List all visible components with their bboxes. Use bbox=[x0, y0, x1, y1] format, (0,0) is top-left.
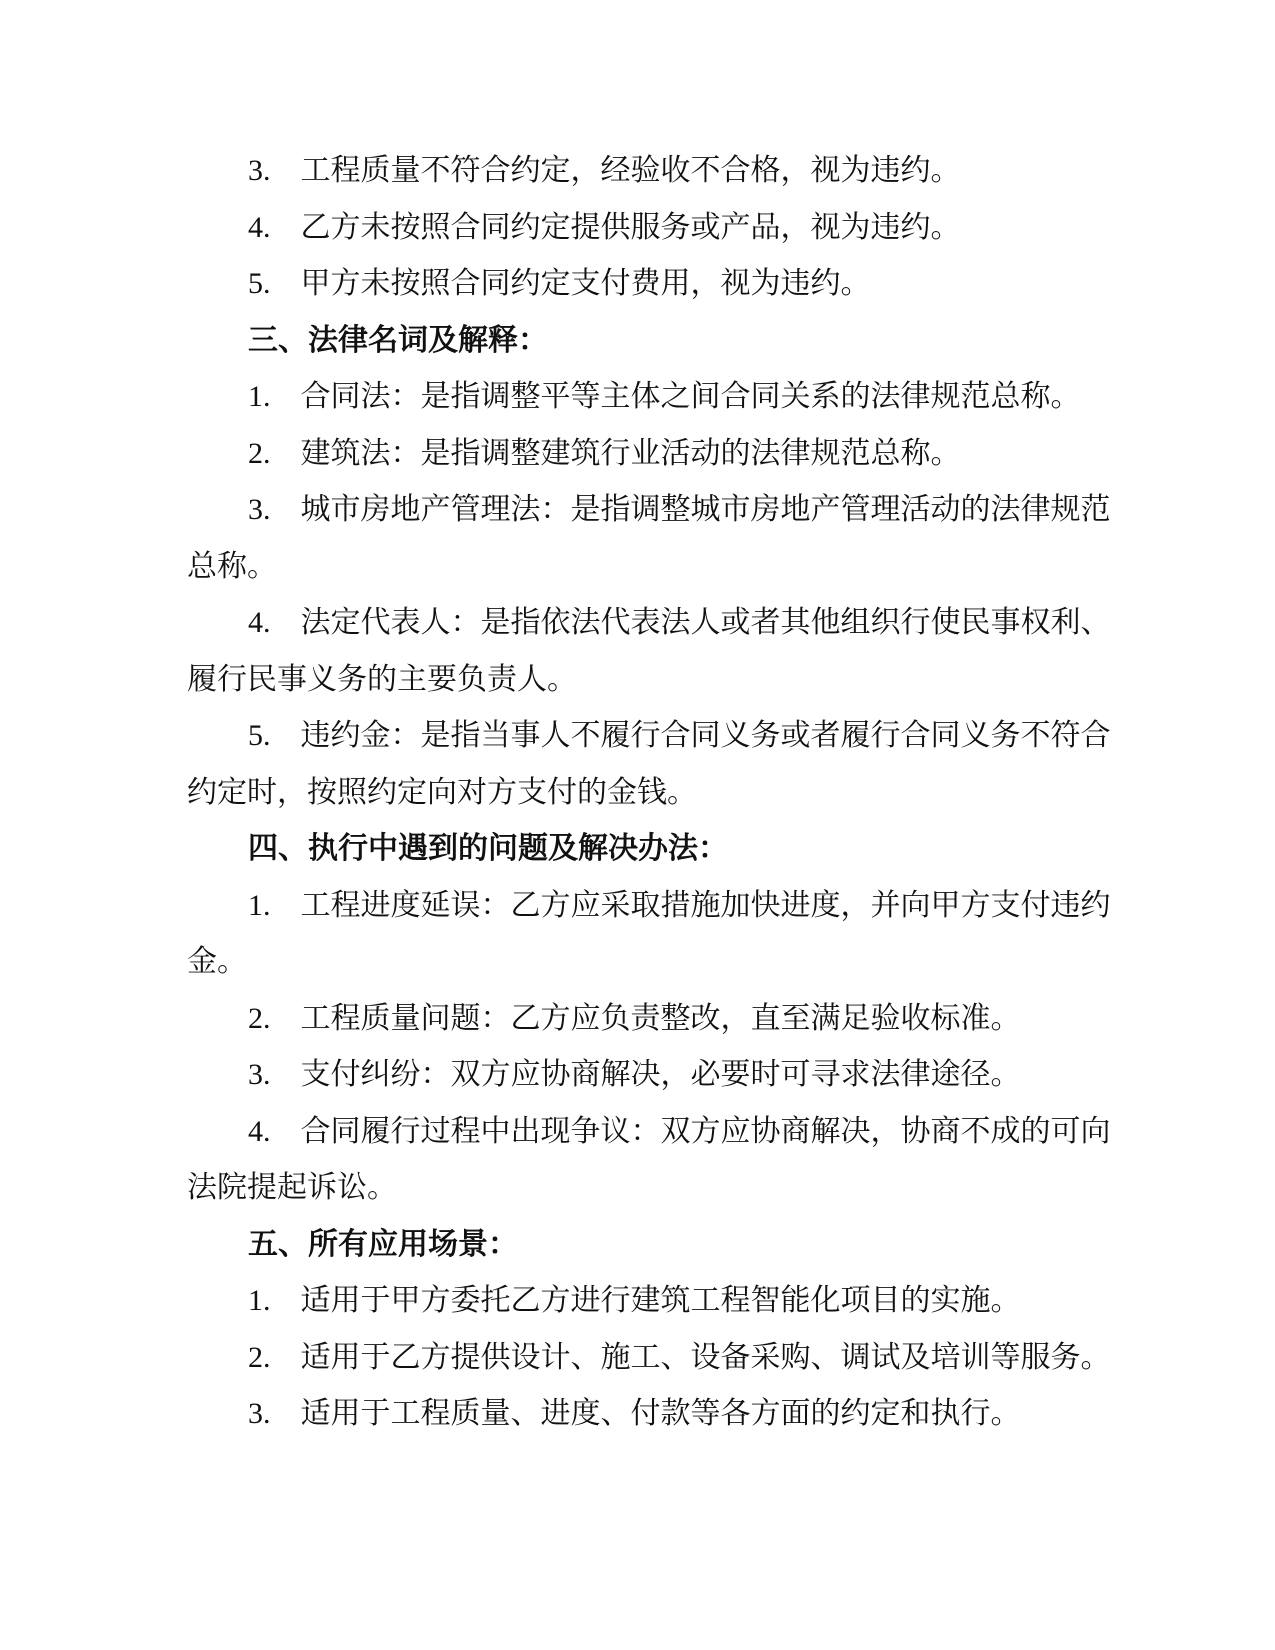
list-item: 2. 适用于乙方提供设计、施工、设备采购、调试及培训等服务。 bbox=[187, 1330, 1107, 1387]
list-item-continuation: 金。 bbox=[187, 934, 1107, 991]
list-item-continuation: 约定时，按照约定向对方支付的金钱。 bbox=[187, 765, 1107, 822]
list-item: 1. 工程进度延误：乙方应采取措施加快进度，并向甲方支付违约 bbox=[187, 878, 1107, 935]
document-page: 3. 工程质量不符合约定，经验收不合格，视为违约。 4. 乙方未按照合同约定提供… bbox=[0, 0, 1275, 1650]
list-item-continuation: 总称。 bbox=[187, 539, 1107, 596]
list-item: 5. 违约金：是指当事人不履行合同义务或者履行合同义务不符合 bbox=[187, 708, 1107, 765]
list-item: 1. 适用于甲方委托乙方进行建筑工程智能化项目的实施。 bbox=[187, 1273, 1107, 1330]
list-item: 5. 甲方未按照合同约定支付费用，视为违约。 bbox=[187, 256, 1107, 313]
list-item-continuation: 法院提起诉讼。 bbox=[187, 1160, 1107, 1217]
list-item: 4. 合同履行过程中出现争议：双方应协商解决，协商不成的可向 bbox=[187, 1104, 1107, 1161]
list-item: 3. 工程质量不符合约定，经验收不合格，视为违约。 bbox=[187, 143, 1107, 200]
list-item: 4. 法定代表人：是指依法代表法人或者其他组织行使民事权利、 bbox=[187, 595, 1107, 652]
list-item: 4. 乙方未按照合同约定提供服务或产品，视为违约。 bbox=[187, 200, 1107, 257]
section-heading: 三、法律名词及解释： bbox=[187, 313, 1107, 370]
list-item: 3. 城市房地产管理法：是指调整城市房地产管理活动的法律规范 bbox=[187, 482, 1107, 539]
list-item: 3. 支付纠纷：双方应协商解决，必要时可寻求法律途径。 bbox=[187, 1047, 1107, 1104]
page-content: 3. 工程质量不符合约定，经验收不合格，视为违约。 4. 乙方未按照合同约定提供… bbox=[187, 143, 1107, 1443]
list-item: 1. 合同法：是指调整平等主体之间合同关系的法律规范总称。 bbox=[187, 369, 1107, 426]
list-item-continuation: 履行民事义务的主要负责人。 bbox=[187, 652, 1107, 709]
section-heading: 四、执行中遇到的问题及解决办法： bbox=[187, 821, 1107, 878]
list-item: 2. 建筑法：是指调整建筑行业活动的法律规范总称。 bbox=[187, 426, 1107, 483]
list-item: 2. 工程质量问题：乙方应负责整改，直至满足验收标准。 bbox=[187, 991, 1107, 1048]
section-heading: 五、所有应用场景： bbox=[187, 1217, 1107, 1274]
list-item: 3. 适用于工程质量、进度、付款等各方面的约定和执行。 bbox=[187, 1386, 1107, 1443]
